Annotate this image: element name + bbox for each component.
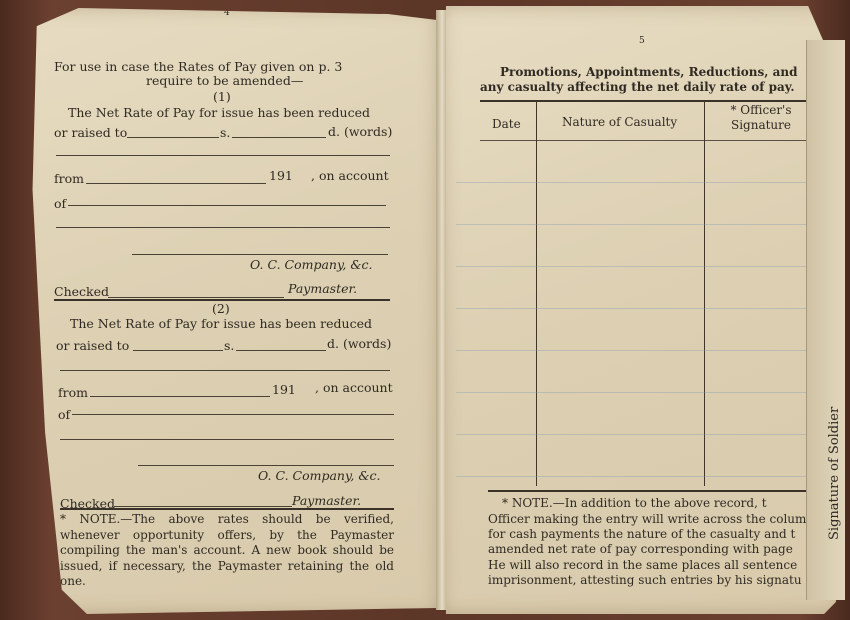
on-account-label: , on account (315, 381, 393, 395)
reason-field-2[interactable] (56, 227, 390, 228)
table-header-rule (480, 140, 812, 141)
from-label: from (54, 172, 84, 186)
shillings-field[interactable] (127, 137, 219, 138)
column-header-date: Date (492, 117, 521, 131)
ledger-row[interactable] (456, 350, 812, 351)
ledger-row[interactable] (456, 308, 812, 309)
paymaster-label: Paymaster. (292, 494, 361, 508)
heading-line-1: Promotions, Appointments, Reductions, an… (500, 65, 798, 79)
from-label: from (58, 386, 88, 400)
note-line: Officer making the entry will write acro… (488, 512, 806, 526)
note-divider (60, 508, 394, 510)
oc-company-label: O. C. Company, &c. (250, 258, 372, 272)
pence-field[interactable] (236, 350, 326, 351)
paymaster-label: Paymaster. (288, 282, 357, 296)
heading-line-2: any casualty affecting the net daily rat… (480, 80, 795, 94)
column-header-signature-line1: * Officer's (712, 103, 810, 117)
pence-field[interactable] (232, 137, 326, 138)
of-label: of (58, 408, 70, 422)
checked-field[interactable] (108, 297, 284, 298)
page-number: 5 (639, 34, 645, 48)
oc-company-label: O. C. Company, &c. (258, 469, 380, 483)
note-line: imprisonment, attesting such entries by … (488, 573, 802, 587)
note-line: He will also record in the same places a… (488, 558, 797, 572)
section-line: The Net Rate of Pay for issue has been r… (70, 317, 372, 331)
year-label: 191 (269, 169, 293, 183)
folded-page-edge: Signature of Soldier (806, 40, 845, 600)
checked-field[interactable] (114, 506, 292, 507)
reason-field-2[interactable] (60, 439, 394, 440)
checked-label: Checked (54, 285, 109, 299)
raised-to-label: or raised to (54, 126, 127, 140)
section-number: (2) (212, 302, 230, 316)
right-page: 5 Promotions, Appointments, Reductions, … (442, 6, 840, 614)
reason-field[interactable] (72, 414, 394, 415)
signature-of-soldier-label: Signature of Soldier (827, 407, 842, 540)
year-label: 191 (272, 383, 296, 397)
column-header-signature-line2: Signature (712, 118, 810, 132)
table-bottom-rule (488, 490, 812, 492)
ledger-row[interactable] (456, 224, 812, 225)
note-line: for cash payments the nature of the casu… (488, 527, 795, 541)
of-label: of (54, 197, 66, 211)
from-date-field[interactable] (86, 183, 266, 184)
shillings-label: s. (220, 126, 230, 140)
words-field[interactable] (56, 155, 390, 156)
raised-to-label: or raised to (56, 339, 129, 353)
note-text: * NOTE.—The above rates should be verifi… (60, 512, 394, 590)
note-line: amended net rate of pay corresponding wi… (488, 542, 793, 556)
section-line: The Net Rate of Pay for issue has been r… (68, 106, 370, 120)
column-header-nature: Nature of Casualty (562, 115, 677, 129)
heading-line-2: require to be amended— (146, 74, 303, 88)
column-divider (536, 102, 537, 486)
pence-label: d. (words) (328, 125, 392, 139)
pence-label: d. (words) (327, 337, 391, 351)
shillings-label: s. (224, 339, 234, 353)
on-account-label: , on account (311, 169, 389, 183)
oc-signature-field[interactable] (138, 465, 394, 466)
ledger-row[interactable] (456, 266, 812, 267)
ledger-row[interactable] (456, 392, 812, 393)
oc-signature-field[interactable] (132, 254, 388, 255)
ledger-row[interactable] (456, 434, 812, 435)
column-divider (704, 102, 705, 486)
note-line: * NOTE.—In addition to the above record,… (502, 496, 767, 510)
ledger-row[interactable] (456, 182, 812, 183)
ledger-row[interactable] (456, 476, 812, 477)
words-field[interactable] (60, 370, 390, 371)
section-number: (1) (213, 90, 231, 104)
from-date-field[interactable] (90, 396, 270, 397)
table-top-rule (480, 100, 812, 102)
shillings-field[interactable] (133, 350, 223, 351)
heading-line-1: For use in case the Rates of Pay given o… (54, 60, 342, 74)
left-page: 4 For use in case the Rates of Pay given… (20, 8, 438, 614)
reason-field[interactable] (68, 205, 386, 206)
